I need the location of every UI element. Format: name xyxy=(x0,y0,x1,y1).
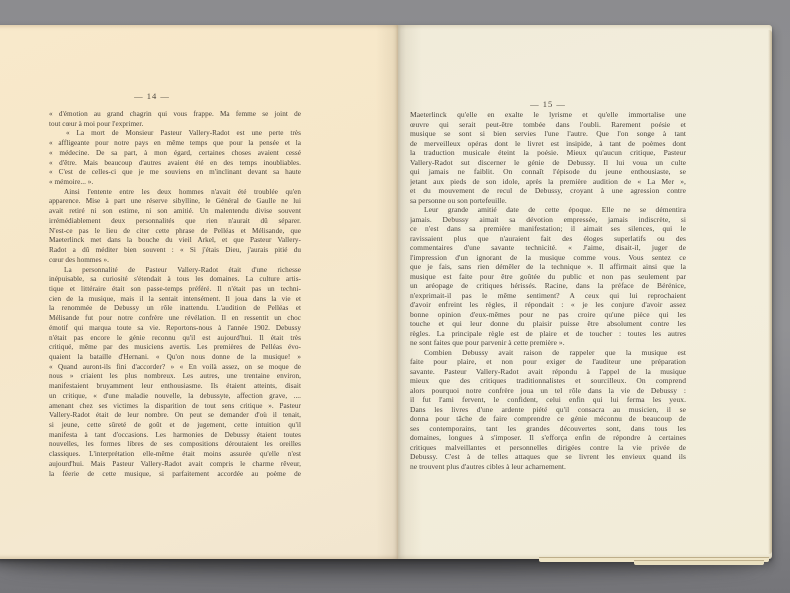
text-line: critiqué, même par des musiciens avertis… xyxy=(49,343,301,353)
left-page-text: « d'émotion au grand chagrin qui vous fr… xyxy=(49,110,301,479)
text-line: amenant chez ses victimes la disparition… xyxy=(49,402,301,412)
page-edge-stack xyxy=(634,560,764,565)
text-line: savante. Pasteur Vallery-Radot avait rép… xyxy=(410,367,686,377)
text-line: « La mort de Monsieur Pasteur Vallery-Ra… xyxy=(49,129,301,139)
text-line: la renommée de Debussy un rôle inattendu… xyxy=(49,304,301,314)
text-line: manifesta à tant d'occasions. Les harmon… xyxy=(49,431,301,441)
text-line: manifestaient bruyamment leur enthousias… xyxy=(49,382,301,392)
text-line: un critique, « d'une maladie nouvelle, l… xyxy=(49,392,301,402)
text-line: Vallery-Radot était de leur nombre. On p… xyxy=(49,411,301,421)
text-line: « médecine. De sa part, à mon égard, cer… xyxy=(49,149,301,159)
text-line: ravissaient plus que n'auraient fait des… xyxy=(410,234,686,244)
text-line: n'était pas encore le génie reconnu qu'i… xyxy=(49,334,301,344)
text-line: Dans les livres d'une ardente piété qu'i… xyxy=(410,405,686,415)
text-line: irrémédiablement deux personnalités que … xyxy=(49,217,301,227)
text-line: domaines, longues à s'imposer. Il s'effo… xyxy=(410,433,686,443)
text-line: tique et littéraire était son passe-temp… xyxy=(49,285,301,295)
text-line: si jeune, cette sûreté de goût et de jug… xyxy=(49,421,301,431)
text-line: d'avoir enfreint les règles, il répondai… xyxy=(410,300,686,310)
text-line: Mélisande fut pour notre confrère une ré… xyxy=(49,314,301,324)
open-book: — 14 — « d'émotion au grand chagrin qui … xyxy=(0,25,772,559)
text-line: « d'émotion au grand chagrin qui vous fr… xyxy=(49,110,301,120)
text-line: quaient la bataille d'Hernani. « Qu'on n… xyxy=(49,353,301,363)
paragraph: « La mort de Monsieur Pasteur Vallery-Ra… xyxy=(49,129,301,187)
right-page-text: Maeterlinck qu'elle en exalte le lyrisme… xyxy=(410,110,686,471)
text-line: Vallery-Radot sut discerner le génie de … xyxy=(410,158,686,168)
text-line: Maeterlinck qu'elle en exalte le lyrisme… xyxy=(410,110,686,120)
left-page-number: — 14 — xyxy=(26,91,278,101)
left-page: — 14 — « d'émotion au grand chagrin qui … xyxy=(0,25,398,559)
paragraph: Ainsi l'entente entre les deux hommes n'… xyxy=(49,188,301,266)
text-line: avait retiré ni son estime, ni son amiti… xyxy=(49,207,301,217)
text-line: critiques malveillantes et personnelles … xyxy=(410,443,686,453)
text-line: nous » criaient les plus nombreux. Les a… xyxy=(49,372,301,382)
text-line: « Quand auront-ils fini d'accorder? » « … xyxy=(49,363,301,373)
paragraph: Leur grande amitié date de cette époque.… xyxy=(410,205,686,348)
text-line: de merveilleux opéras dont le livret est… xyxy=(410,139,686,149)
text-line: apparence. Mise à part une réserve sibyl… xyxy=(49,197,301,207)
page-fore-edge xyxy=(768,30,772,554)
text-line: « affligeante pour notre pays en même te… xyxy=(49,139,301,149)
text-line: jetant aux pieds de son idole, après la … xyxy=(410,177,686,187)
right-page: — 15 — Maeterlinck qu'elle en exalte le … xyxy=(398,25,772,559)
text-line: « C'est de celles-ci que je me souviens … xyxy=(49,168,301,178)
text-line: n'exprimait-il pas le même sentiment? A … xyxy=(410,291,686,301)
text-line: inépuisable, sa curiosité s'étendait à t… xyxy=(49,275,301,285)
text-line: mieux que des critiques traditionnaliste… xyxy=(410,376,686,386)
text-line: musique se sont si bien servies l'une l'… xyxy=(410,129,686,139)
text-line: alors pourquoi notre confrère joua un te… xyxy=(410,386,686,396)
text-line: l'impression d'un ignorant de la musique… xyxy=(410,253,686,263)
text-line: œuvre qui serait peut-être tombée dans l… xyxy=(410,120,686,130)
text-line: émotif qui marqua toute sa vie. Reporton… xyxy=(49,324,301,334)
text-line: Leur grande amitié date de cette époque.… xyxy=(410,205,686,215)
paragraph: La personnalité de Pasteur Vallery-Radot… xyxy=(49,266,301,480)
text-line: il fut l'ami fervent, le confident, celu… xyxy=(410,395,686,405)
text-line: donna pour tâche de faire comprendre ce … xyxy=(410,414,686,424)
text-line: touche et qui leur donne du plaisir puis… xyxy=(410,319,686,329)
text-line: musique est faite pour être goûtée du pu… xyxy=(410,272,686,282)
text-line: ses contemporains, tant les grandes déco… xyxy=(410,424,686,434)
text-line: cien de la musique, mais il la sentait i… xyxy=(49,295,301,305)
text-line: la féerie de cette musique, si parfaitem… xyxy=(49,470,301,480)
text-line: bonne opinion d'eux-mêmes pour ne pas cr… xyxy=(410,310,686,320)
text-line: cœur des hommes ». xyxy=(49,256,301,266)
text-line: « mémoire... ». xyxy=(49,178,301,188)
text-line: classiques. L'interprétation elle-même é… xyxy=(49,450,301,460)
text-line: « d'être. Mais beaucoup d'autres avaient… xyxy=(49,159,301,169)
text-line: qui jamais ne faiblit. On connaît l'épis… xyxy=(410,167,686,177)
text-line: un aréopage de critiques hérissés. Racin… xyxy=(410,281,686,291)
text-line: Debussy. C'est à de telles attaques que … xyxy=(410,452,686,462)
paragraph: Combien Debussy avait raison de rappeler… xyxy=(410,348,686,472)
text-line: nouvelles, les formes libres de ses comp… xyxy=(49,440,301,450)
paragraph: Maeterlinck qu'elle en exalte le lyrisme… xyxy=(410,110,686,205)
text-line: la traduction musicale éteint la poésie.… xyxy=(410,148,686,158)
right-page-number: — 15 — xyxy=(410,99,686,109)
paragraph: « d'émotion au grand chagrin qui vous fr… xyxy=(49,110,301,129)
photo-of-open-book: { "colors": { "background_gray": "#8c8c8… xyxy=(0,0,790,593)
text-line: jamais. Debussy aimait sa dévotion empre… xyxy=(410,215,686,225)
text-line: ce n'est dans sa première manifestation;… xyxy=(410,224,686,234)
text-line: faite pour plaire, et non pour exiger de… xyxy=(410,357,686,367)
text-line: tout cœur à moi pour l'exprimer. xyxy=(49,120,301,130)
text-line: Radot a dû méditer bien souvent : « Si j… xyxy=(49,246,301,256)
text-line: Maeterlinck met dans la bouche du vieil … xyxy=(49,236,301,246)
text-line: N'est-ce pas le lieu de citer cette phra… xyxy=(49,227,301,237)
text-line: et du mouvement de recul de Debussy, cro… xyxy=(410,186,686,196)
text-line: sa personne ou son portefeuille. xyxy=(410,196,686,206)
text-line: Combien Debussy avait raison de rappeler… xyxy=(410,348,686,358)
text-line: Ainsi l'entente entre les deux hommes n'… xyxy=(49,188,301,198)
text-line: ne sont faites que pour parvenir à cette… xyxy=(410,338,686,348)
text-line: ne trouvent plus d'autres cibles à leur … xyxy=(410,462,686,472)
text-line: commentaires d'une savante technicité. «… xyxy=(410,243,686,253)
text-line: que je fais, sans rien démêler de la tec… xyxy=(410,262,686,272)
text-line: règles. La principale règle est de plair… xyxy=(410,329,686,339)
text-line: aujourd'hui. Mais Pasteur Vallery-Radot … xyxy=(49,460,301,470)
text-line: La personnalité de Pasteur Vallery-Radot… xyxy=(49,266,301,276)
